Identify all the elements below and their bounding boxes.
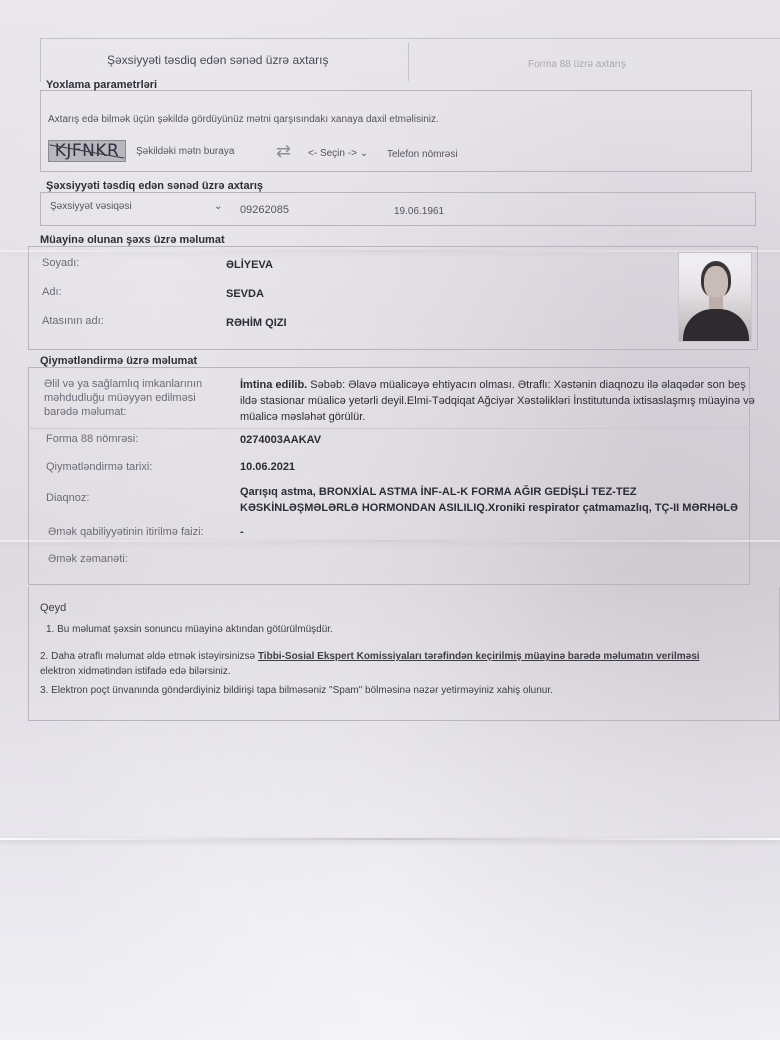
- country-code-select[interactable]: <- Seçin -> ⌄: [308, 148, 368, 159]
- id-search-legend: Şəxsiyyəti təsdiq edən sənəd üzrə axtarı…: [46, 180, 263, 192]
- tsek-service-link[interactable]: Tibbi-Sosial Ekspert Komissiyaları tərəf…: [258, 651, 700, 662]
- birth-date-input[interactable]: 19.06.1961: [394, 206, 444, 217]
- note-item-3: 3. Elektron poçt ünvanında göndərdiyiniz…: [40, 685, 553, 696]
- patronymic-label: Atasının adı:: [42, 315, 104, 327]
- disability-percent-value: -: [240, 526, 244, 538]
- name-value: SEVDA: [226, 288, 264, 300]
- notes-title: Qeyd: [40, 602, 66, 614]
- limitation-status: İmtina edilib.: [240, 379, 307, 391]
- assessment-date-label: Qiymətləndirmə tarixi:: [46, 461, 152, 473]
- divider: [28, 428, 750, 429]
- person-legend: Müayinə olunan şəxs üzrə məlumat: [40, 234, 225, 246]
- limitation-value: İmtina edilib. Səbəb: Əlavə müalicəyə eh…: [240, 377, 760, 425]
- assessment-legend: Qiymətləndirmə üzrə məlumat: [40, 355, 197, 367]
- form88-value: 0274003AAKAV: [240, 434, 321, 446]
- document-type-select[interactable]: Şəxsiyyət vəsiqəsi⌄: [50, 201, 132, 212]
- person-box: [28, 246, 758, 350]
- form88-label: Forma 88 nömrəsi:: [46, 433, 138, 445]
- chevron-down-icon: ⌄: [214, 201, 222, 212]
- limitation-label: Əlil və ya sağlamlıq imkanlarının məhdud…: [44, 377, 224, 419]
- select-placeholder: <- Seçin ->: [308, 148, 357, 159]
- labor-guarantee-label: Əmək zəmanəti:: [48, 553, 128, 565]
- captcha-image: KJFNKR: [48, 140, 126, 162]
- surname-label: Soyadı:: [42, 257, 79, 269]
- assessment-date-value: 10.06.2021: [240, 461, 295, 473]
- document-number-input[interactable]: 09262085: [240, 204, 289, 216]
- chevron-down-icon: ⌄: [360, 148, 368, 159]
- surname-value: ƏLİYEVA: [226, 259, 273, 271]
- person-photo: [678, 252, 752, 342]
- tab-id-document-search[interactable]: Şəxsiyyəti təsdiq edən sənəd üzrə axtarı…: [107, 53, 328, 67]
- name-label: Adı:: [42, 286, 62, 298]
- phone-input[interactable]: Telefon nömrəsi: [387, 149, 458, 160]
- note-item-2-suffix: elektron xidmətindən istifadə edə bilərs…: [40, 666, 231, 677]
- verification-instruction: Axtarış edə bilmək üçün şəkildə gördüyün…: [48, 114, 439, 125]
- patronymic-value: RƏHİM QIZI: [226, 317, 287, 329]
- tab-form88-search[interactable]: Forma 88 üzrə axtarış: [528, 59, 626, 70]
- search-tabs: Şəxsiyyəti təsdiq edən sənəd üzrə axtarı…: [40, 38, 780, 82]
- diagnosis-value: Qarışıq astma, BRONXİAL ASTMA İNF-AL-K F…: [240, 484, 750, 516]
- diagnosis-label: Diaqnoz:: [46, 492, 89, 504]
- paper-fold: [0, 838, 780, 840]
- limitation-reason: Səbəb: Əlavə müalicəyə ehtiyacın olması.…: [240, 379, 755, 423]
- note-item-2: 2. Daha ətraflı məlumat əldə etmək istəy…: [40, 651, 700, 662]
- tab-divider: [408, 43, 409, 81]
- verification-legend: Yoxlama parametrləri: [46, 79, 157, 91]
- disability-percent-label: Əmək qabiliyyətinin itirilmə faizi:: [48, 526, 204, 538]
- captcha-input[interactable]: Şəkildəki mətn buraya: [136, 146, 234, 157]
- refresh-icon[interactable]: ⇄: [276, 140, 294, 162]
- document-type-value: Şəxsiyyət vəsiqəsi: [50, 201, 132, 212]
- note-item-2-prefix: 2. Daha ətraflı məlumat əldə etmək istəy…: [40, 651, 258, 662]
- note-item-1: 1. Bu məlumat şəxsin sonuncu müayinə akt…: [46, 624, 333, 635]
